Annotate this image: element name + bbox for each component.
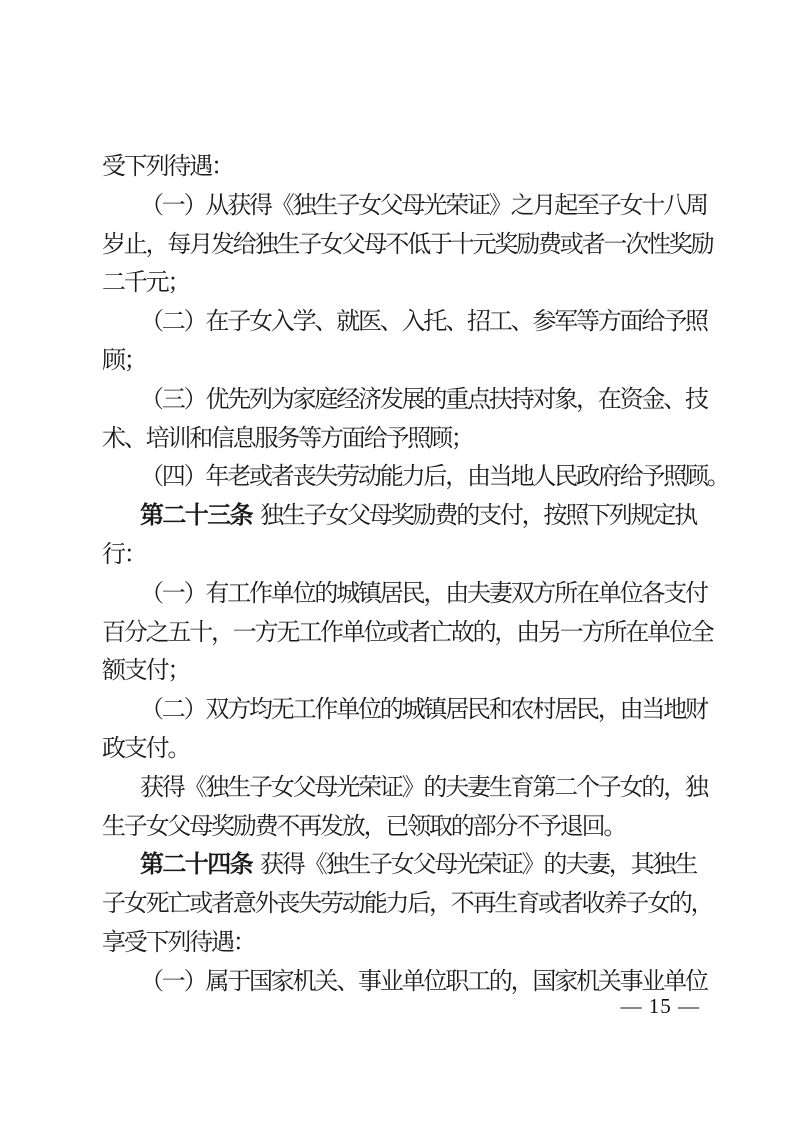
text-line: 第二十三条独生子女父母奖励费的支付，按照下列规定执 — [102, 497, 742, 536]
body-text: 获得《独生子女父母光荣证》的夫妻，其独生 — [260, 852, 696, 878]
body-text: 获得《独生子女父母光荣证》的夫妻生育第二个子女的，独 — [140, 775, 707, 801]
text-line: （一）从获得《独生子女父母光荣证》之月起至子女十八周 — [102, 187, 742, 226]
document-page: 受下列待遇：（一）从获得《独生子女父母光荣证》之月起至子女十八周岁止，每月发给独… — [0, 0, 793, 1122]
body-text: 政支付。 — [102, 736, 189, 762]
body-text: （二）双方均无工作单位的城镇居民和农村居民，由当地财 — [140, 697, 707, 723]
text-line: 二千元； — [102, 264, 742, 303]
text-line: （四）年老或者丧失劳动能力后，由当地人民政府给予照顾。 — [102, 458, 742, 497]
text-line: 政支付。 — [102, 730, 742, 769]
body-text: （一）从获得《独生子女父母光荣证》之月起至子女十八周 — [140, 193, 707, 219]
text-line: 享受下列待遇： — [102, 924, 742, 963]
text-line: （一）有工作单位的城镇居民，由夫妻双方所在单位各支付 — [102, 575, 742, 614]
body-text: （一）属于国家机关、事业单位职工的，国家机关事业单位 — [140, 969, 707, 995]
text-line: 术、培训和信息服务等方面给予照顾； — [102, 420, 742, 459]
article-heading: 第二十四条 — [140, 851, 252, 878]
body-text: 享受下列待遇： — [102, 930, 255, 956]
body-text: 独生子女父母奖励费的支付，按照下列规定执 — [260, 503, 696, 529]
body-text: 受下列待遇： — [102, 154, 233, 180]
body-text: 生子女父母奖励费不再发放，已领取的部分不予退回。 — [102, 814, 625, 840]
text-line: 顾； — [102, 342, 742, 381]
body-text: （四）年老或者丧失劳动能力后，由当地人民政府给予照顾。 — [140, 464, 729, 490]
article-heading: 第二十三条 — [140, 502, 252, 529]
body-text: 行： — [102, 542, 146, 568]
body-text: 子女死亡或者意外丧失劳动能力后，不再生育或者收养子女的， — [102, 891, 712, 917]
text-line: 获得《独生子女父母光荣证》的夫妻生育第二个子女的，独 — [102, 769, 742, 808]
body-text: 术、培训和信息服务等方面给予照顾； — [102, 426, 473, 452]
text-line: （二）双方均无工作单位的城镇居民和农村居民，由当地财 — [102, 691, 742, 730]
body-text: （二）在子女入学、就医、入托、招工、参军等方面给予照 — [140, 309, 707, 335]
body-text: 岁止，每月发给独生子女父母不低于十元奖励费或者一次性奖励 — [102, 232, 712, 258]
body-text: （三）优先列为家庭经济发展的重点扶持对象，在资金、技 — [140, 387, 707, 413]
text-line: 受下列待遇： — [102, 148, 742, 187]
text-line: （二）在子女入学、就医、入托、招工、参军等方面给予照 — [102, 303, 742, 342]
text-line: 第二十四条获得《独生子女父母光荣证》的夫妻，其独生 — [102, 846, 742, 885]
body-text: 额支付； — [102, 658, 189, 684]
text-line: 子女死亡或者意外丧失劳动能力后，不再生育或者收养子女的， — [102, 885, 742, 924]
body-text: 顾； — [102, 348, 146, 374]
text-line: 行： — [102, 536, 742, 575]
text-line: 百分之五十，一方无工作单位或者亡故的，由另一方所在单位全 — [102, 614, 742, 653]
text-line: 额支付； — [102, 652, 742, 691]
page-number: — 15 — — [0, 994, 700, 1019]
body-text: 二千元； — [102, 270, 189, 296]
document-body: 受下列待遇：（一）从获得《独生子女父母光荣证》之月起至子女十八周岁止，每月发给独… — [102, 148, 742, 1002]
text-line: （三）优先列为家庭经济发展的重点扶持对象，在资金、技 — [102, 381, 742, 420]
body-text: （一）有工作单位的城镇居民，由夫妻双方所在单位各支付 — [140, 581, 707, 607]
text-line: 岁止，每月发给独生子女父母不低于十元奖励费或者一次性奖励 — [102, 226, 742, 265]
text-line: 生子女父母奖励费不再发放，已领取的部分不予退回。 — [102, 808, 742, 847]
body-text: 百分之五十，一方无工作单位或者亡故的，由另一方所在单位全 — [102, 620, 712, 646]
